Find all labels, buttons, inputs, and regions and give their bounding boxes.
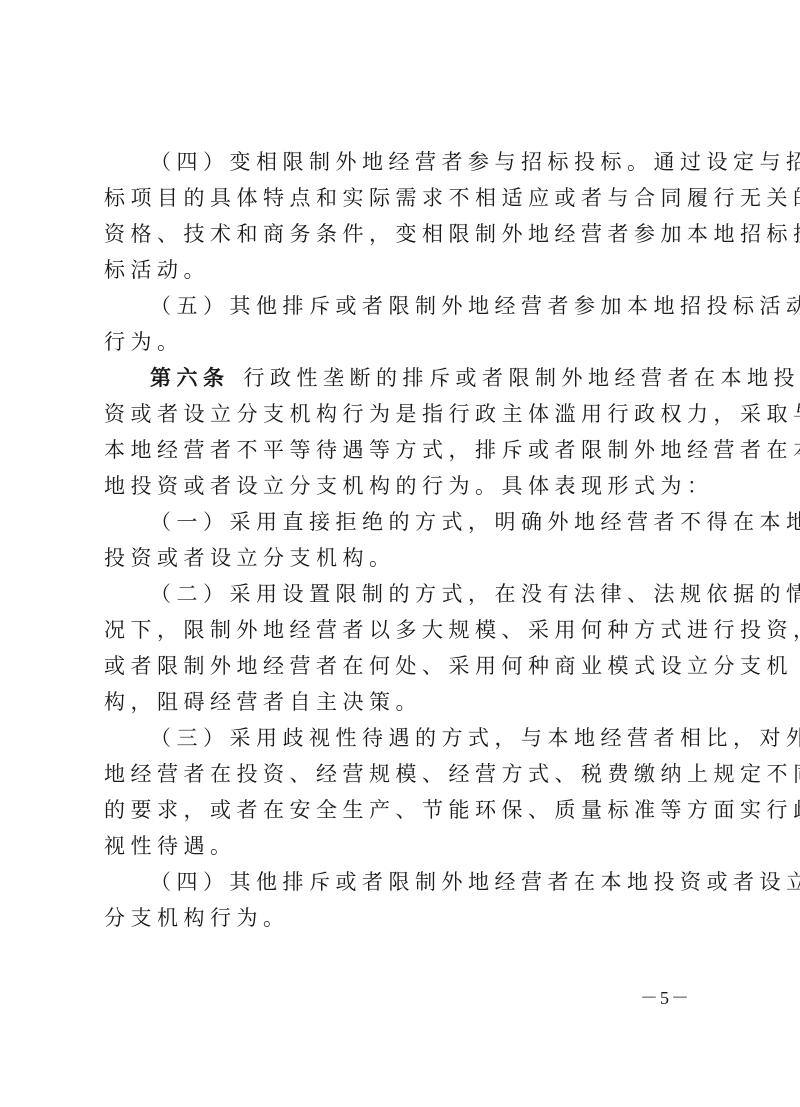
text-line: 的要求，或者在安全生产、节能环保、质量标准等方面实行歧 (104, 792, 694, 828)
text-line: （三）采用歧视性待遇的方式，与本地经营者相比，对外 (104, 720, 694, 756)
text-line: 分支机构行为。 (104, 900, 694, 936)
text-line: （一）采用直接拒绝的方式，明确外地经营者不得在本地 (104, 504, 694, 540)
text-line: 标项目的具体特点和实际需求不相适应或者与合同履行无关的 (104, 180, 694, 216)
text-line: 资或者设立分支机构行为是指行政主体滥用行政权力，采取与 (104, 396, 694, 432)
article-text: 行政性垄断的排斥或者限制外地经营者在本地投 (244, 366, 800, 390)
text-line: 标活动。 (104, 252, 694, 288)
text-line: 投资或者设立分支机构。 (104, 540, 694, 576)
article-heading: 第六条 (150, 365, 230, 390)
text-line: （二）采用设置限制的方式，在没有法律、法规依据的情 (104, 576, 694, 612)
text-line: 本地经营者不平等待遇等方式，排斥或者限制外地经营者在本 (104, 432, 694, 468)
document-body: （四）变相限制外地经营者参与招标投标。通过设定与招 标项目的具体特点和实际需求不… (104, 144, 694, 936)
paragraph-bidding-other: （五）其他排斥或者限制外地经营者参加本地招投标活动 行为。 (104, 288, 694, 360)
document-page: （四）变相限制外地经营者参与招标投标。通过设定与招 标项目的具体特点和实际需求不… (0, 0, 800, 1107)
paragraph-item-2: （二）采用设置限制的方式，在没有法律、法规依据的情 况下，限制外地经营者以多大规… (104, 576, 694, 720)
text-line: （四）其他排斥或者限制外地经营者在本地投资或者设立 (104, 864, 694, 900)
text-line: 资格、技术和商务条件，变相限制外地经营者参加本地招标投 (104, 216, 694, 252)
text-line: （五）其他排斥或者限制外地经营者参加本地招投标活动 (104, 288, 694, 324)
paragraph-bidding-disguised-restriction: （四）变相限制外地经营者参与招标投标。通过设定与招 标项目的具体特点和实际需求不… (104, 144, 694, 288)
paragraph-item-4: （四）其他排斥或者限制外地经营者在本地投资或者设立 分支机构行为。 (104, 864, 694, 936)
paragraph-item-3: （三）采用歧视性待遇的方式，与本地经营者相比，对外 地经营者在投资、经营规模、经… (104, 720, 694, 864)
text-line: 地经营者在投资、经营规模、经营方式、税费缴纳上规定不同 (104, 756, 694, 792)
text-line: 第六条行政性垄断的排斥或者限制外地经营者在本地投 (104, 360, 694, 396)
text-line: 况下，限制外地经营者以多大规模、采用何种方式进行投资， (104, 612, 694, 648)
text-line: 地投资或者设立分支机构的行为。具体表现形式为： (104, 468, 694, 504)
text-line: （四）变相限制外地经营者参与招标投标。通过设定与招 (104, 144, 694, 180)
page-number: －5－ (640, 984, 691, 1010)
text-line: 行为。 (104, 324, 694, 360)
text-line: 视性待遇。 (104, 828, 694, 864)
text-line: 或者限制外地经营者在何处、采用何种商业模式设立分支机 (104, 648, 694, 684)
paragraph-item-1: （一）采用直接拒绝的方式，明确外地经营者不得在本地 投资或者设立分支机构。 (104, 504, 694, 576)
text-line: 构，阻碍经营者自主决策。 (104, 684, 694, 720)
article-six: 第六条行政性垄断的排斥或者限制外地经营者在本地投 资或者设立分支机构行为是指行政… (104, 360, 694, 504)
